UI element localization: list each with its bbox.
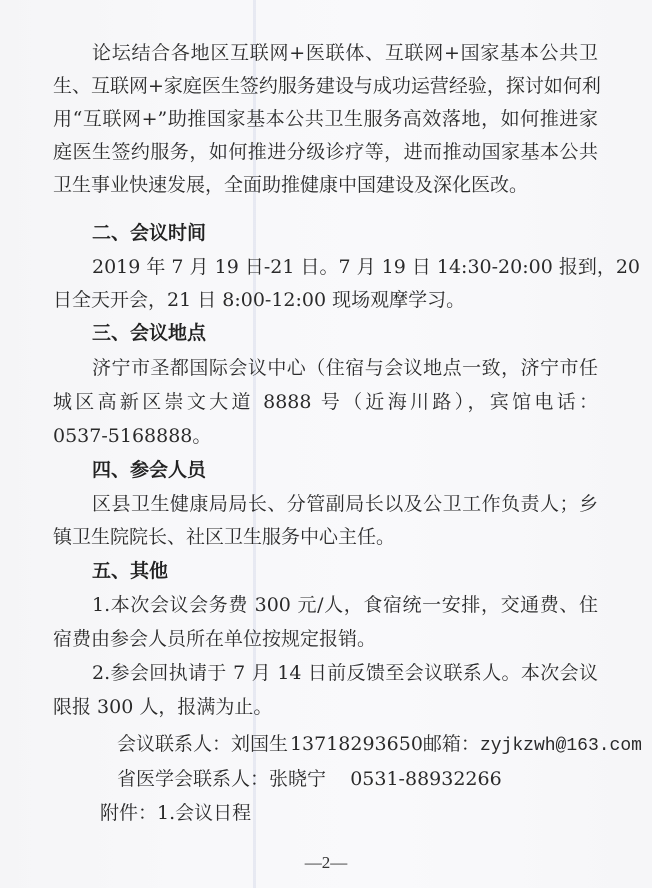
society-contact-label: 省医学会联系人： (117, 768, 269, 790)
email-address: zyjkzwh@163.com (480, 736, 642, 756)
society-contact-name: 张晓宁 (269, 768, 326, 790)
attendees-line-1: 区县卫生健康局局长、分管副局长以及公卫工作负责人；乡 (92, 489, 598, 519)
society-contact-line: 省医学会联系人：张晓宁 0531-88932266 (117, 764, 502, 794)
section-heading-time: 二、会议时间 (92, 218, 206, 248)
intro-line-5: 卫生事业快速发展，全面助推健康中国建设及深化医改。 (53, 170, 598, 200)
society-contact-phone: 0531-88932266 (350, 768, 501, 790)
meeting-contact-line: 会议联系人：刘国生 13718293650邮箱：zyjkzwh@163.com (117, 729, 642, 759)
intro-line-2: 生、互联网+家庭医生签约服务建设与成功运营经验，探讨如何利 (53, 71, 598, 101)
location-line-1: 济宁市圣都国际会议中心（住宿与会议地点一致，济宁市任 (92, 353, 598, 383)
intro-line-1: 论坛结合各地区互联网+医联体、互联网+国家基本公共卫 (92, 38, 598, 68)
other-line-3: 2.参会回执请于 7 月 14 日前反馈至会议联系人。本次会议 (92, 658, 598, 688)
meeting-contact-name: 刘国生 (231, 733, 288, 755)
section-heading-attendees: 四、参会人员 (92, 455, 206, 485)
intro-line-3: 用“互联网+”助推国家基本公共卫生服务高效落地，如何推进家 (53, 104, 598, 134)
location-line-2: 城区高新区崇文大道 8888 号（近海川路），宾馆电话： (53, 387, 598, 417)
document-page: 论坛结合各地区互联网+医联体、互联网+国家基本公共卫 生、互联网+家庭医生签约服… (0, 0, 652, 888)
intro-line-4: 庭医生签约服务，如何推进分级诊疗等，进而推动国家基本公共 (53, 137, 598, 167)
other-line-2: 宿费由参会人员所在单位按规定报销。 (53, 624, 598, 654)
email-label: 邮箱： (423, 733, 480, 755)
attachment-label: 附件： (100, 802, 157, 824)
time-line-1: 2019 年 7 月 19 日-21 日。7 月 19 日 14:30-20:0… (92, 252, 598, 282)
section-heading-location: 三、会议地点 (92, 318, 206, 348)
attendees-line-2: 镇卫生院院长、社区卫生服务中心主任。 (53, 522, 598, 552)
time-line-2: 日全天开会，21 日 8:00-12:00 现场观摩学习。 (53, 285, 598, 315)
attachment-line: 附件：1.会议日程 (100, 798, 251, 828)
page-number: —2— (0, 853, 652, 873)
section-heading-other: 五、其他 (92, 556, 168, 586)
meeting-contact-label: 会议联系人： (117, 733, 231, 755)
meeting-contact-phone: 13718293650 (290, 733, 423, 755)
other-line-4: 限报 300 人，报满为止。 (53, 692, 598, 722)
location-line-3: 0537-5168888。 (53, 421, 598, 451)
other-line-1: 1.本次会议会务费 300 元/人，食宿统一安排，交通费、住 (92, 590, 598, 620)
attachment-item: 1.会议日程 (157, 802, 251, 824)
